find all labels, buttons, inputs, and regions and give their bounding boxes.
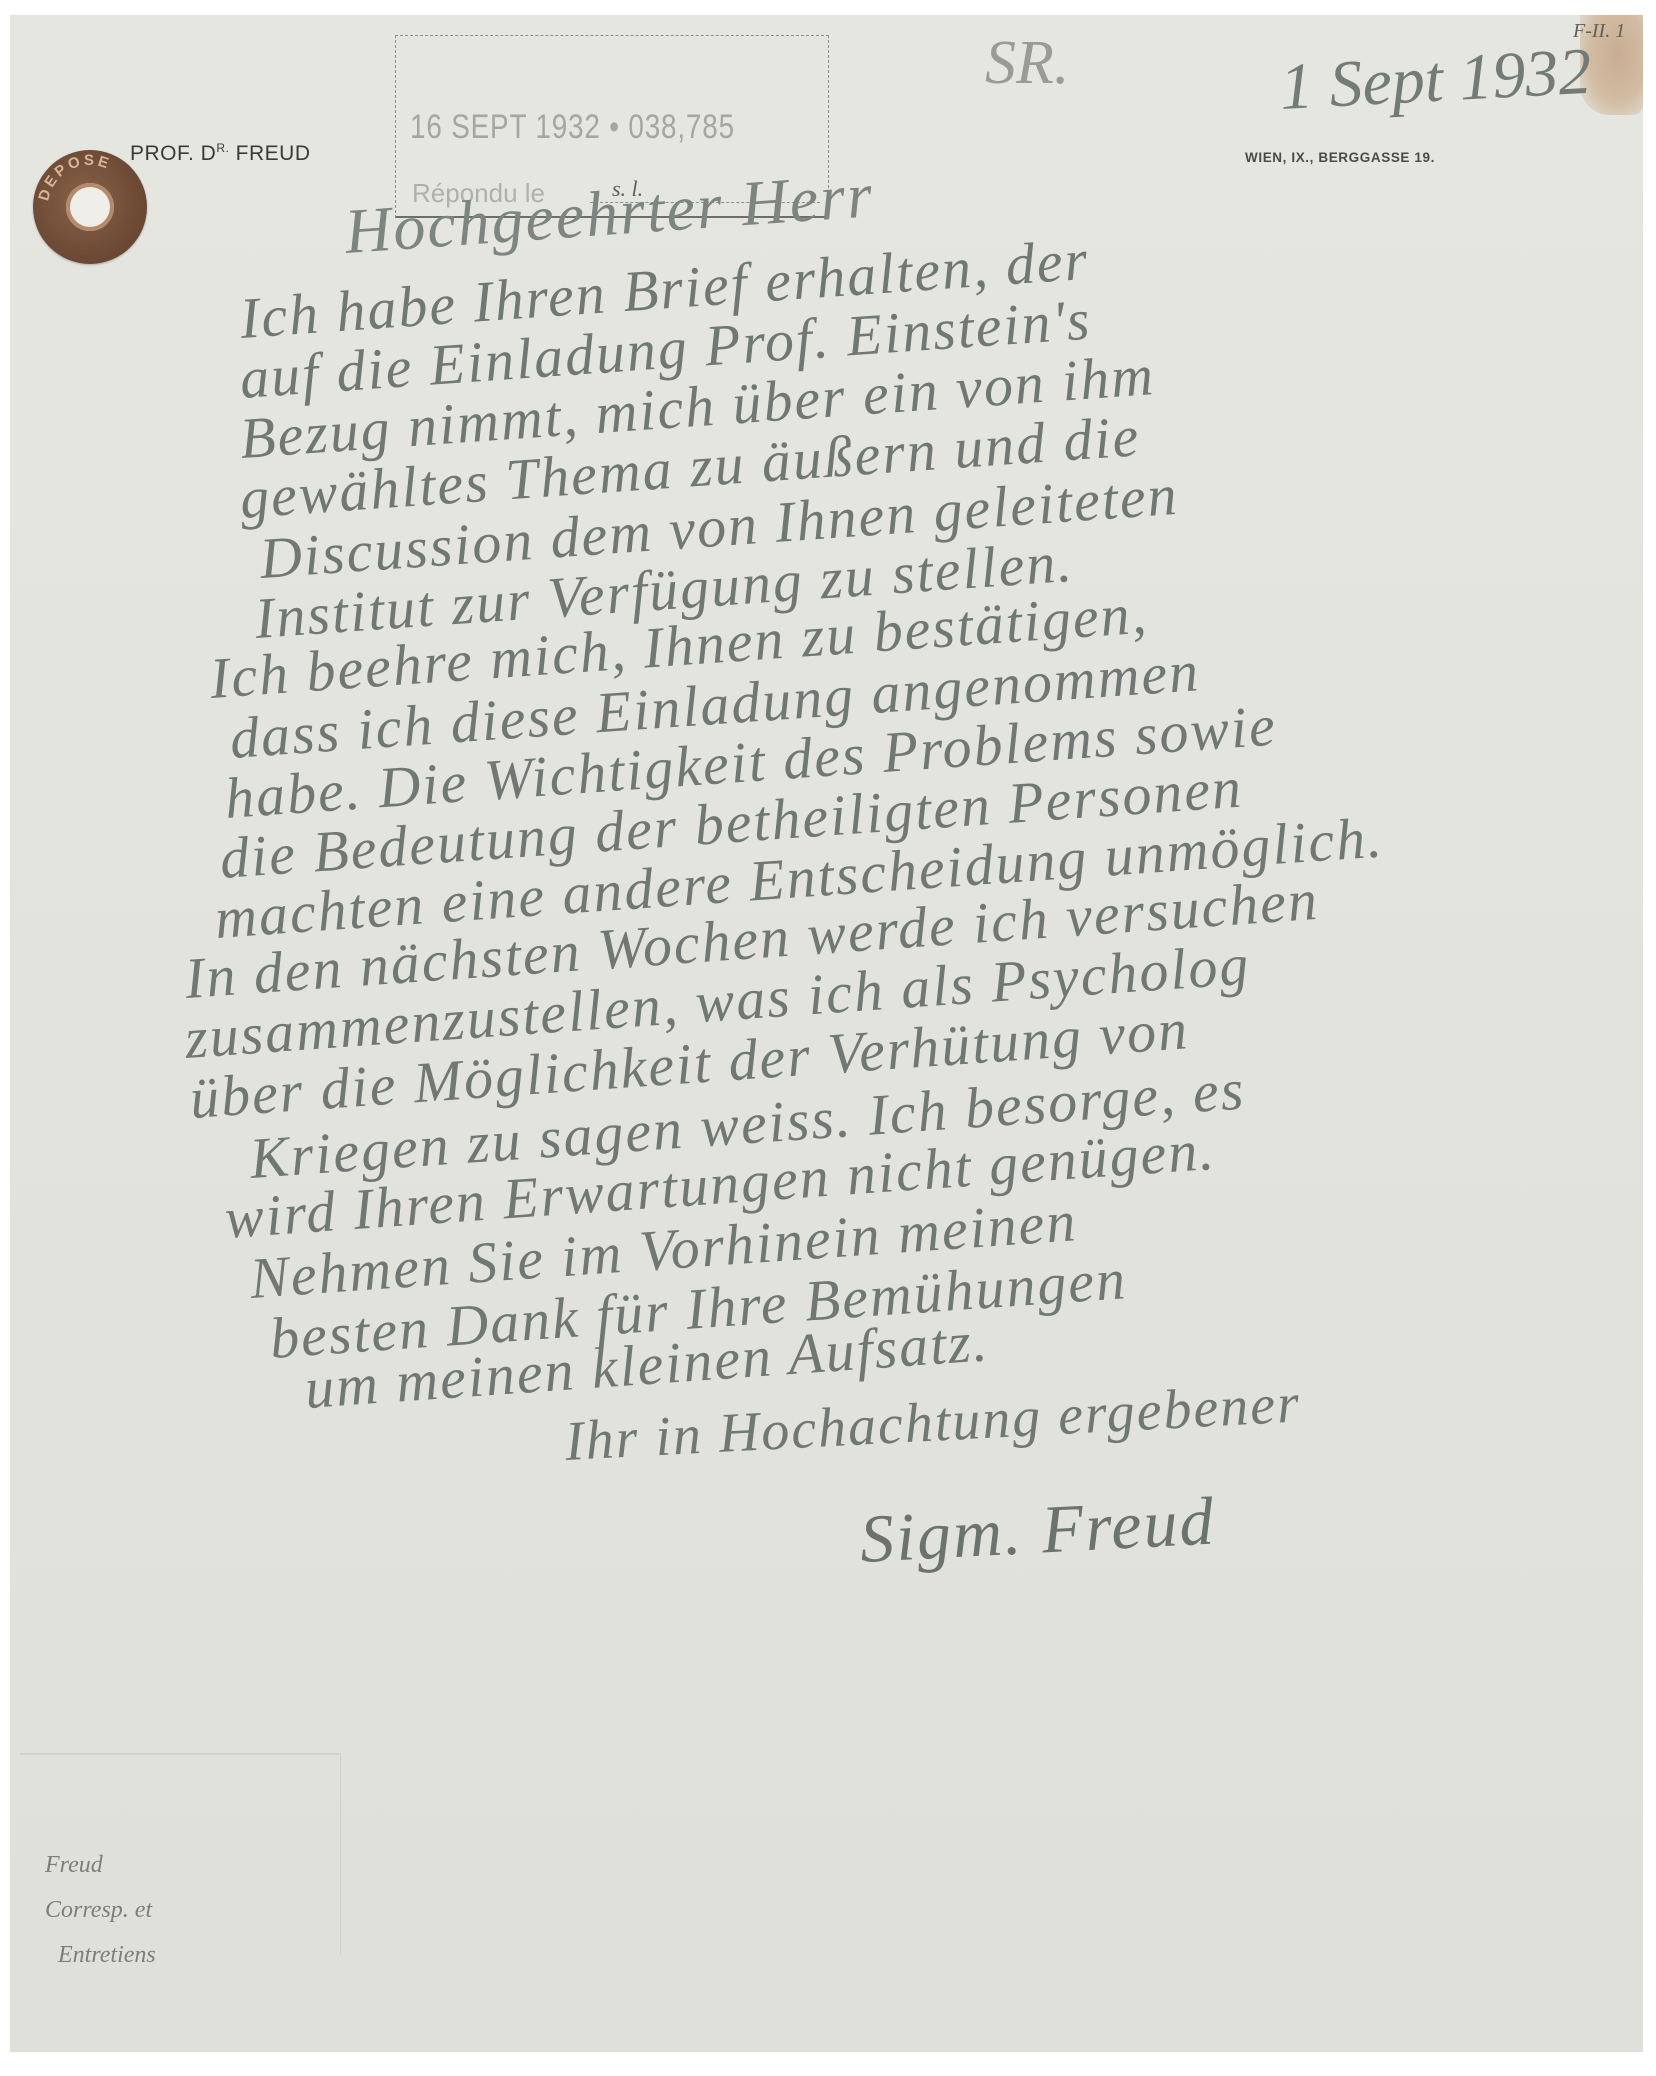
letterhead-address: WIEN, IX., BERGGASSE 19. [1245,150,1435,165]
archive-note-line: Entretiens [58,1942,156,1969]
pencil-initials: SR. [985,28,1069,99]
letter-date: 1 Sept 1932 [1278,34,1593,126]
depose-seal: DEPOSE [33,150,147,264]
archive-note-line: Freud [45,1852,103,1879]
stamp-number-line: 16 SEPT 1932 • 038,785 [410,108,735,147]
letterhead-name: PROF. DR. FREUD [130,141,311,166]
seal-hole [66,183,114,231]
archive-note-line: Corresp. et [45,1897,152,1924]
